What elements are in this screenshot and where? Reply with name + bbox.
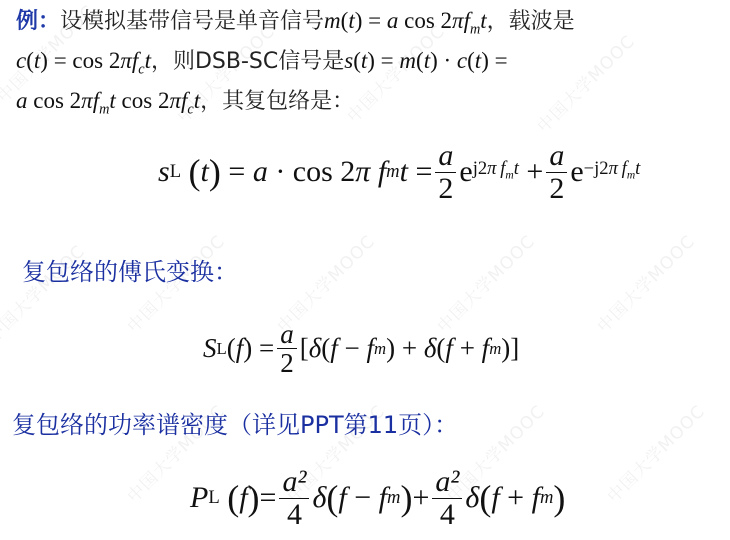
equation-complex-envelope: sL (t) = a · cos 2π fmt = a2ej2π fmt +a2…	[158, 140, 640, 204]
example-line-1: 例：设模拟基带信号是单音信号m(t) = a cos 2πfmt，载波是	[16, 6, 575, 37]
example-text: 设模拟基带信号是单音信号	[60, 9, 324, 34]
carrier-text: ，载波是	[487, 9, 575, 34]
watermark: 中国大学MOOC	[530, 28, 639, 137]
watermark: 中国大学MOOC	[590, 228, 699, 337]
example-line-2: c(t) = cos 2πfct，则DSB-SC信号是s(t) = m(t) ·…	[16, 46, 508, 77]
fraction-a-over-2: a2	[435, 140, 456, 204]
example-label: 例：	[16, 9, 60, 34]
example-line-3: a cos 2πfmt cos 2πfct，其复包络是：	[16, 86, 354, 117]
dsb-formula: s(t) = m(t) · c(t) =	[344, 48, 507, 73]
watermark: 中国大学MOOC	[600, 398, 709, 507]
carrier-formula: c(t) = cos 2πfct	[16, 48, 151, 73]
section-heading-psd: 复包络的功率谱密度（详见PPT第11页）：	[12, 405, 458, 440]
dsb-text: ，则DSB-SC信号是	[151, 49, 344, 74]
fraction-a-over-2: a2	[546, 140, 567, 204]
message-signal-formula: m(t) = a cos 2πfmt	[324, 8, 487, 33]
equation-power-spectral-density: PL (f)= a²4δ(f − fm)+ a²4δ(f + fm)	[190, 466, 565, 530]
section-heading-fourier: 复包络的傅氏变换：	[22, 252, 238, 287]
complex-envelope-text: ，其复包络是：	[200, 89, 354, 114]
equation-fourier-transform: SL(f) = a2[δ(f − fm) + δ(f + fm)]	[203, 320, 519, 378]
fraction-a-over-2: a2	[277, 320, 297, 378]
fraction-a-squared-over-4: a²4	[432, 466, 462, 530]
fraction-a-squared-over-4: a²4	[279, 466, 309, 530]
product-formula: a cos 2πfmt cos 2πfct	[16, 88, 200, 113]
